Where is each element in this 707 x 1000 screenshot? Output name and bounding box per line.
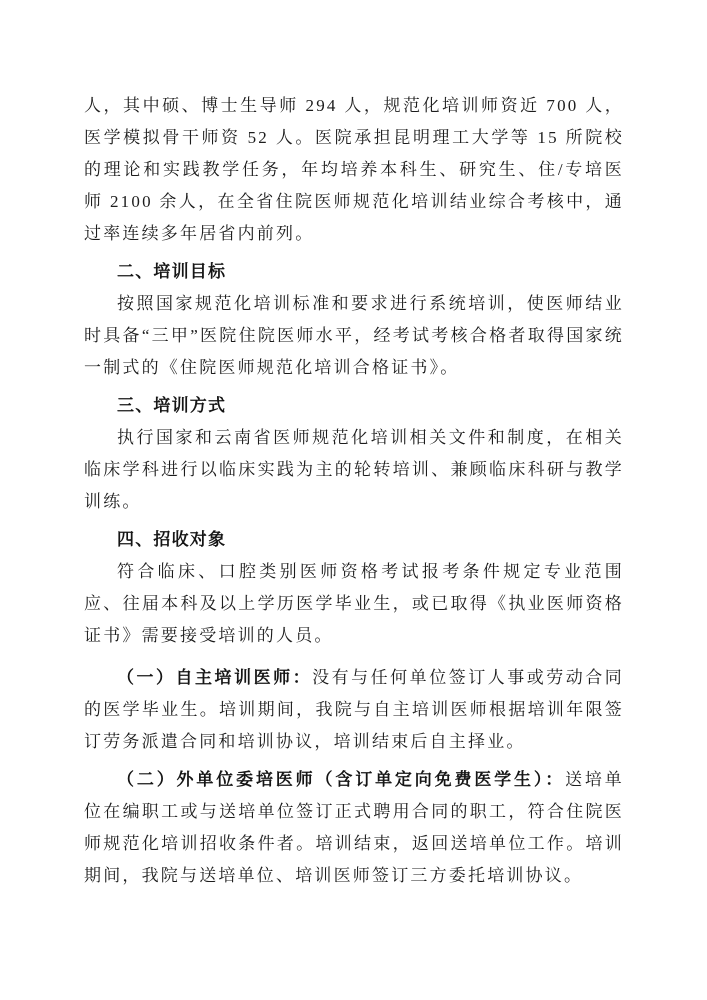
lead-self-funded-trainee: （一）自主培训医师： bbox=[117, 668, 312, 687]
heading-recruitment-target: 四、招收对象 bbox=[84, 524, 624, 556]
paragraph-hospital-intro: 人，其中硕、博士生导师 294 人，规范化培训师资近 700 人，医学模拟骨干师… bbox=[84, 90, 624, 250]
paragraph-training-method: 执行国家和云南省医师规范化培训相关文件和制度，在相关临床学科进行以临床实践为主的… bbox=[84, 422, 624, 518]
document-content: 人，其中硕、博士生导师 294 人，规范化培训师资近 700 人，医学模拟骨干师… bbox=[84, 90, 624, 892]
document-page: 人，其中硕、博士生导师 294 人，规范化培训师资近 700 人，医学模拟骨干师… bbox=[0, 0, 707, 1000]
heading-training-method: 三、培训方式 bbox=[84, 390, 624, 422]
paragraph-commissioned-trainee: （二）外单位委培医师（含订单定向免费医学生）：送培单位在编职工或与送培单位签订正… bbox=[84, 764, 624, 892]
heading-training-goal: 二、培训目标 bbox=[84, 256, 624, 288]
lead-commissioned-trainee: （二）外单位委培医师（含订单定向免费医学生）： bbox=[117, 770, 565, 789]
paragraph-self-funded-trainee: （一）自主培训医师：没有与任何单位签订人事或劳动合同的医学毕业生。培训期间，我院… bbox=[84, 662, 624, 758]
paragraph-recruitment-target: 符合临床、口腔类别医师资格考试报考条件规定专业范围应、往届本科及以上学历医学毕业… bbox=[84, 556, 624, 652]
paragraph-training-goal: 按照国家规范化培训标准和要求进行系统培训，使医师结业时具备“三甲”医院住院医师水… bbox=[84, 288, 624, 384]
